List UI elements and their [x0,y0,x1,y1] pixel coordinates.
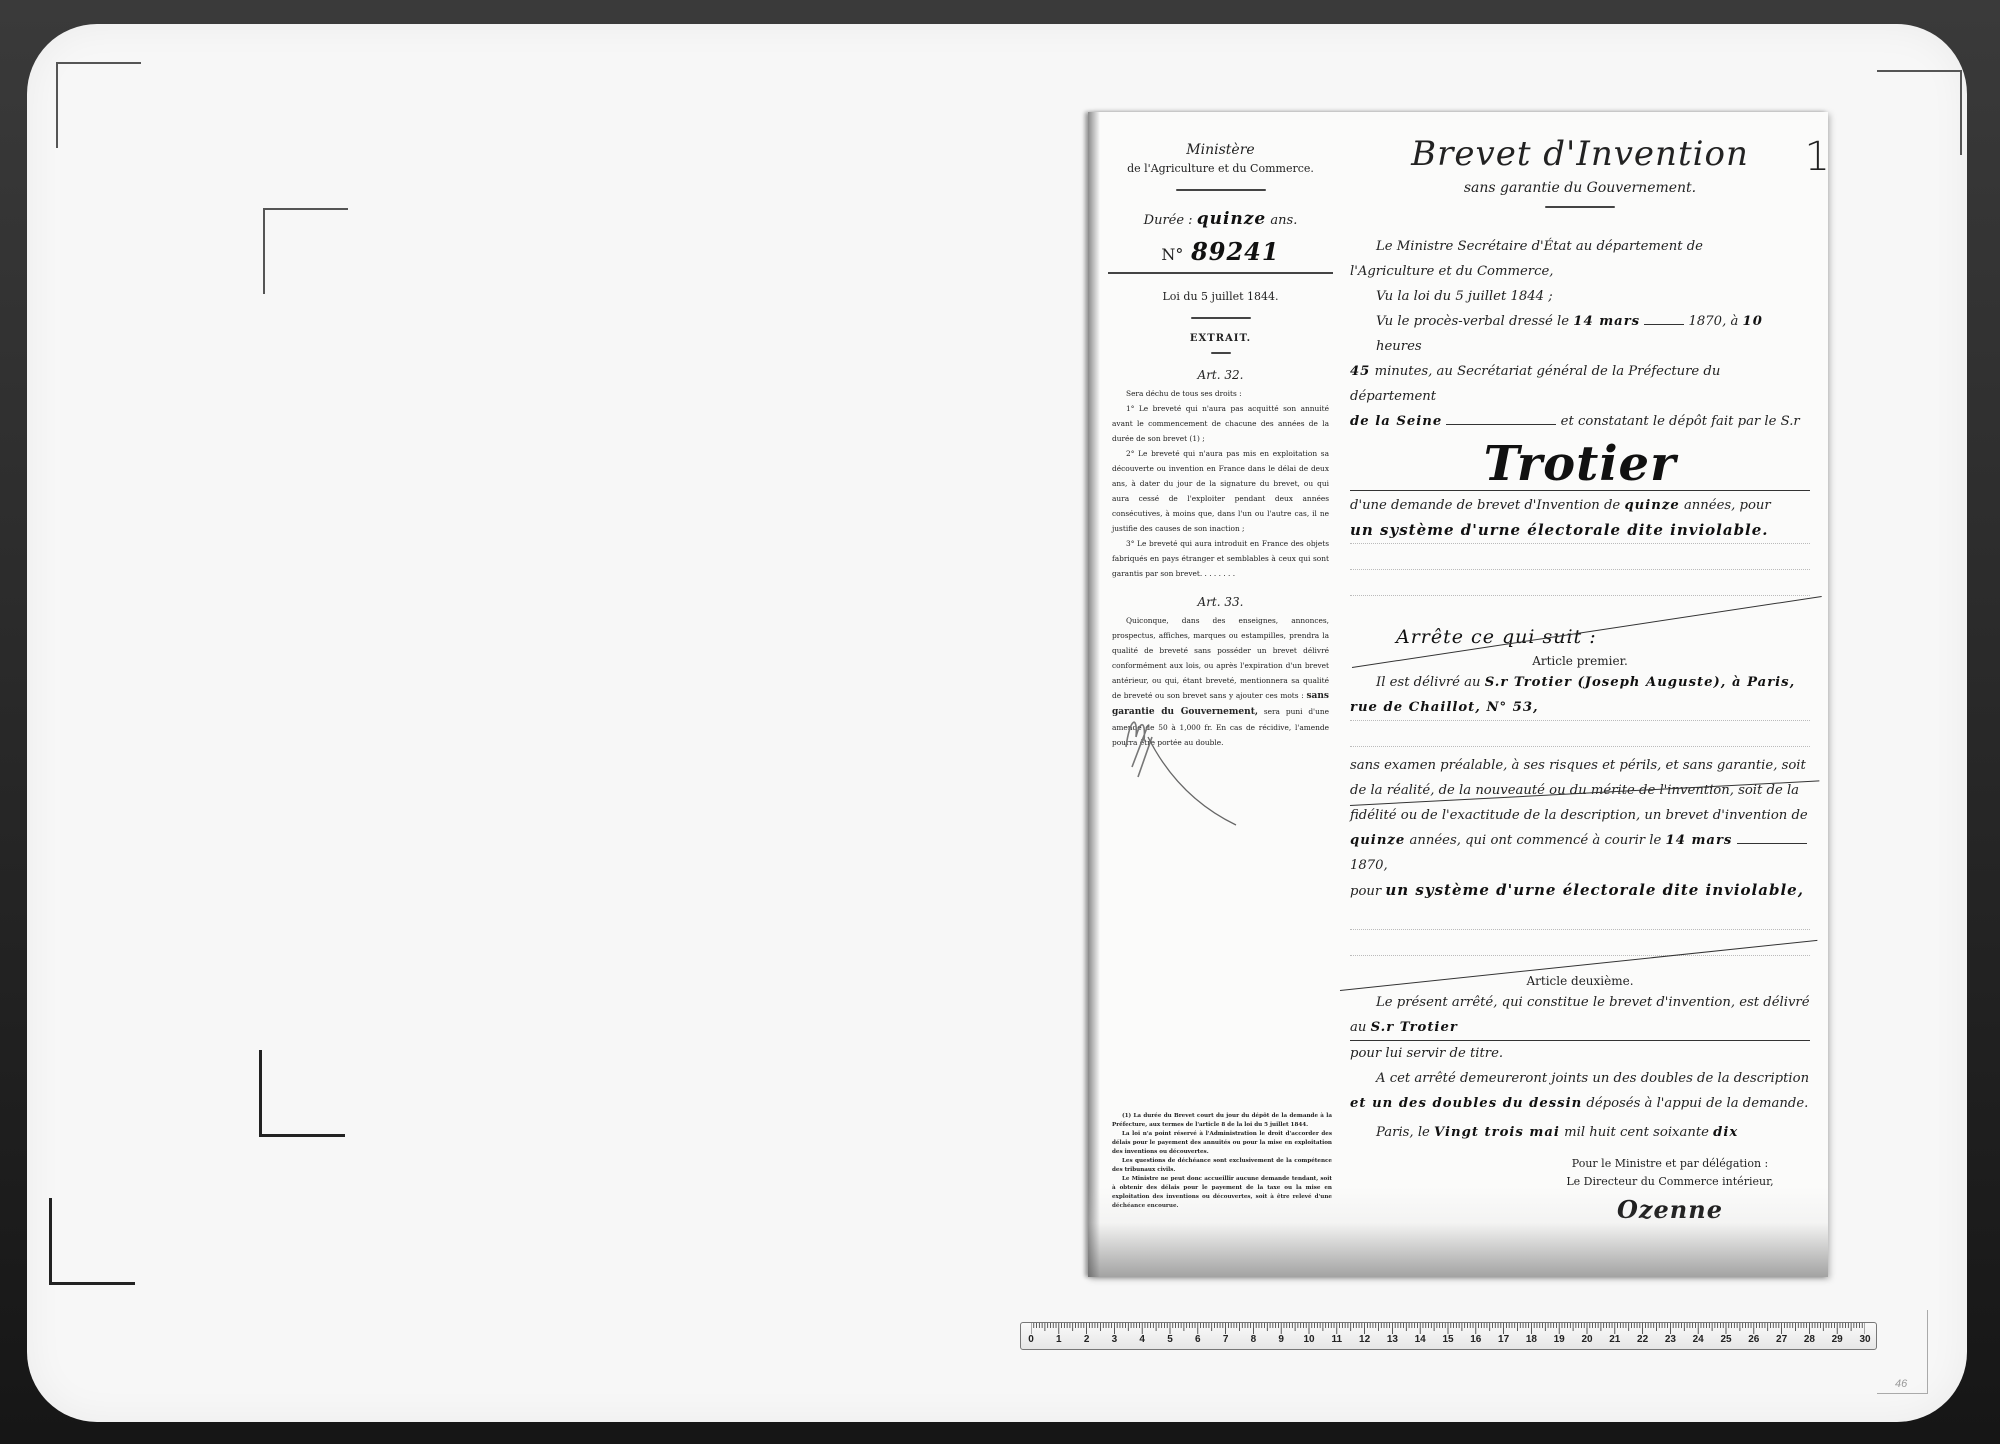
ruler-label: 19 [1554,1334,1565,1345]
article-2-depot: déposés à l'appui de la demande. [1586,1096,1808,1111]
sign-line-delegation: Pour le Ministre et par délégation : [1530,1155,1810,1173]
blank-ruled-line [1350,570,1810,596]
filing-year: 1870 [1689,314,1723,329]
hour-label: , à [1722,314,1738,329]
footnote-para: La loi n'a point réservé à l'Administrat… [1112,1130,1332,1157]
ruler-label: 27 [1776,1334,1787,1345]
vu-loi-line: Vu la loi du 5 juillet 1844 ; [1350,284,1810,309]
ruler-label: 6 [1195,1334,1201,1345]
ruler-label: 26 [1748,1334,1759,1345]
ruler-label: 21 [1609,1334,1620,1345]
article-2-grantee: S.r Trotier [1371,1020,1458,1035]
ruler-label: 23 [1665,1334,1676,1345]
ornament-rule-title [1545,206,1615,208]
proces-verbal-text: Vu le procès-verbal dressé le [1376,314,1569,329]
article-1-grantee: S.r Trotier (Joseph Auguste), à Paris, [1485,675,1795,690]
document-title: Brevet d'Invention [1350,134,1810,174]
crop-mark-top-right [1877,70,1962,155]
blank-ruled-line [1350,721,1810,747]
ruler-label: 5 [1167,1334,1173,1345]
demande-text-b: années, pour [1684,498,1771,513]
duration-unit: ans. [1270,213,1297,228]
ruler-label: 18 [1526,1334,1537,1345]
article-2-doubles-line: et un des doubles du dessin déposés à l'… [1350,1091,1810,1116]
article-1-body: Il est délivré au S.r Trotier (Joseph Au… [1350,670,1810,956]
left-margin-column: Ministère de l'Agriculture et du Commerc… [1108,134,1333,750]
department-line: de la Seine et constatant le dépôt fait … [1350,409,1810,434]
ruler-label: 0 [1028,1334,1034,1345]
ornament-rule [1176,189,1266,191]
ruler-label: 10 [1303,1334,1314,1345]
ruler-label: 7 [1223,1334,1229,1345]
preamble: Le Ministre Secrétaire d'État au départe… [1350,234,1810,596]
article-2-grantee-line: au S.r Trotier [1350,1015,1810,1041]
ruler-label: 14 [1415,1334,1426,1345]
article-32-para: Sera déchu de tous ses droits : [1112,386,1329,401]
crop-mark-bottom-left-outer [49,1198,135,1285]
article-2-line: A cet arrêté demeureront joints un des d… [1350,1066,1810,1091]
ruler-label: 29 [1832,1334,1843,1345]
article-1-paragraph: sans examen préalable, à ses risques et … [1350,753,1810,878]
article-1-pour: pour [1350,884,1381,899]
article-33-title: Art. 33. [1108,595,1333,609]
footnote-para: (1) La durée du Brevet court du jour du … [1112,1112,1332,1130]
date-line: Paris, le Vingt trois mai mil huit cent … [1350,1120,1810,1145]
blank-ruled-line [1350,904,1810,930]
article-1-invention-line: pour un système d'urne électorale dite i… [1350,878,1810,904]
ministry-department: de l'Agriculture et du Commerce. [1108,162,1333,175]
blank-rule [1644,324,1684,325]
proces-verbal-line: Vu le procès-verbal dressé le 14 mars 18… [1350,309,1810,359]
crop-mark-bottom-left-inner [259,1050,345,1137]
article-1-text: Il est délivré au [1376,675,1480,690]
invention-title: un système d'urne électorale dite inviol… [1350,518,1810,544]
ruler-label: 13 [1387,1334,1398,1345]
duration-line: Durée : quinze ans. [1108,209,1333,229]
constatant-text: et constatant le dépôt fait par le S.r [1561,414,1800,429]
sign-line-director: Le Directeur du Commerce intérieur, [1530,1173,1810,1191]
signature-block: Pour le Ministre et par délégation : Le … [1530,1155,1810,1191]
ruler-label: 24 [1693,1334,1704,1345]
article-32-para: 3° Le breveté qui aura introduit en Fran… [1112,536,1329,581]
demande-years: quinze [1624,498,1679,513]
blank-rule [1446,424,1556,425]
ruler-label: 17 [1498,1334,1509,1345]
minutes-line: 45 minutes, au Secrétariat général de la… [1350,359,1810,409]
ruler-label: 25 [1720,1334,1731,1345]
demande-line: d'une demande de brevet d'Invention de q… [1350,493,1810,518]
filing-date: 14 mars [1573,314,1640,329]
article-2-body: Le présent arrêté, qui constitue le brev… [1350,990,1810,1145]
ruler-label: 30 [1859,1334,1870,1345]
article-1-invention: un système d'urne électorale dite inviol… [1385,881,1804,899]
demande-text: d'une demande de brevet d'Invention de [1350,498,1620,513]
article-32-para: 1° Le breveté qui n'aura pas acquitté so… [1112,401,1329,446]
article-1-body-text-b: années, qui ont commencé à courir le [1410,833,1662,848]
ruler-label: 2 [1084,1334,1090,1345]
crop-mark-top-left-outer [56,62,141,148]
ruler-label: 28 [1804,1334,1815,1345]
ruler-label: 4 [1139,1334,1145,1345]
preamble-line: l'Agriculture et du Commerce, [1350,259,1810,284]
applicant-name: Trotier [1350,438,1810,491]
ornament-rule-3 [1211,352,1231,354]
article-1-date: 14 mars [1666,833,1733,848]
ruler-label: 16 [1470,1334,1481,1345]
hours-label: heures [1376,339,1422,354]
article-32-title: Art. 32. [1108,368,1333,382]
article-2-au: au [1350,1020,1366,1035]
footnote-para: Le Ministre ne peut donc accueillir aucu… [1112,1175,1332,1211]
signature: Ozenne [1530,1195,1810,1224]
ruler-label: 22 [1637,1334,1648,1345]
date-line-text: Paris, le [1376,1125,1430,1140]
date-line-text-b: mil huit cent soixante [1564,1125,1709,1140]
preamble-line: Le Ministre Secrétaire d'État au départe… [1350,234,1810,259]
article-1-body-text: sans examen préalable, à ses risques et … [1350,758,1808,823]
document-subtitle: sans garantie du Gouvernement. [1350,180,1810,196]
article-1-years: quinze [1350,833,1405,848]
filing-hours: 10 [1743,314,1763,329]
article-32-para: 2° Le breveté qui n'aura pas mis en expl… [1112,446,1329,536]
department-name: de la Seine [1350,414,1442,429]
filing-minutes: 45 [1350,364,1370,379]
patent-document: Ministère de l'Agriculture et du Commerc… [1088,112,1828,1277]
issue-date: Vingt trois mai [1434,1125,1560,1140]
ruler-label: 1 [1056,1334,1062,1345]
footnote-block: (1) La durée du Brevet court du jour du … [1112,1112,1332,1211]
ruler-label: 12 [1359,1334,1370,1345]
minutes-text: minutes, au Secrétariat général de la Pr… [1350,364,1720,404]
blank-ruled-line [1350,544,1810,570]
number-label: N° [1161,245,1183,264]
article-2-doubles: et un des doubles du dessin [1350,1096,1582,1111]
article-2-line: Le présent arrêté, qui constitue le brev… [1350,990,1810,1015]
article-2-line: pour lui servir de titre. [1350,1041,1810,1066]
extract-heading: EXTRAIT. [1108,333,1333,344]
duration-label: Durée : [1144,213,1193,228]
measurement-ruler: 0123456789101112131415161718192021222324… [1020,1322,1877,1350]
blank-ruled-line [1350,930,1810,956]
patent-number: 89241 [1191,237,1280,266]
duration-value: quinze [1197,209,1267,229]
blank-rule [1737,843,1807,844]
ruler-label: 8 [1251,1334,1257,1345]
crop-mark-top-left-inner [263,208,348,294]
article-32-body: Sera déchu de tous ses droits : 1° Le br… [1108,386,1333,581]
ruler-label: 3 [1112,1334,1118,1345]
ruler-labels: 0123456789101112131415161718192021222324… [1031,1334,1865,1348]
ruler-label: 11 [1332,1334,1343,1345]
ruler-label: 9 [1278,1334,1284,1345]
handwritten-page-mark: 1 [1805,134,1830,180]
issue-year: dix [1713,1125,1738,1140]
footnote-para: Les questions de déchéance sont exclusiv… [1112,1157,1332,1175]
ministry-heading: Ministère [1108,142,1333,158]
article-33-text: Quiconque, dans des enseignes, annonces,… [1112,616,1329,700]
ornament-rule-2 [1191,317,1251,319]
ruler-label: 15 [1442,1334,1453,1345]
article-1-line: Il est délivré au S.r Trotier (Joseph Au… [1350,670,1810,695]
main-text-column: Brevet d'Invention 1 sans garantie du Go… [1350,126,1810,1224]
patent-number-line: N° 89241 [1108,237,1333,274]
article-1-year: 1870, [1350,858,1388,873]
article-1-address: rue de Chaillot, N° 53, [1350,695,1810,721]
law-reference: Loi du 5 juillet 1844. [1108,290,1333,303]
folio-mark: 46 [1895,1378,1907,1390]
ruler-label: 20 [1581,1334,1592,1345]
pencil-annotation-mark [1118,707,1238,827]
